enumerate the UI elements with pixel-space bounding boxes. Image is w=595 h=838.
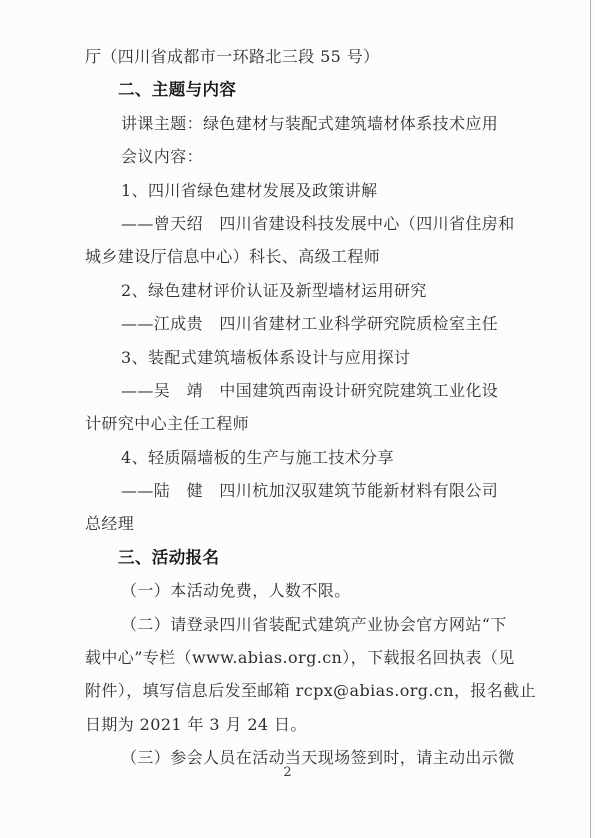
document-line: 1、四川省绿色建材发展及政策讲解 xyxy=(85,174,553,207)
scan-edge-line xyxy=(590,0,591,838)
document-line: （一）本活动免费，人数不限。 xyxy=(85,574,553,607)
document-line: 载中心”专栏（www.abias.org.cn），下载报名回执表（见 xyxy=(85,641,553,674)
section-heading: 三、活动报名 xyxy=(85,541,553,574)
section-heading: 二、主题与内容 xyxy=(85,73,553,106)
document-body: 厅（四川省成都市一环路北三段 55 号）二、主题与内容讲课主题：绿色建材与装配式… xyxy=(85,40,553,775)
page-number: 2 xyxy=(0,765,575,780)
document-line: （二）请登录四川省装配式建筑产业协会官方网站“下 xyxy=(85,608,553,641)
document-line: ——江成贵 四川省建材工业科学研究院质检室主任 xyxy=(85,307,553,340)
document-line: 2、绿色建材评价认证及新型墙材运用研究 xyxy=(85,274,553,307)
document-line: 日期为 2021 年 3 月 24 日。 xyxy=(85,708,553,741)
document-line: ——吴 靖 中国建筑西南设计研究院建筑工业化设 xyxy=(85,374,553,407)
document-line: ——曾天绍 四川省建设科技发展中心（四川省住房和 xyxy=(85,207,553,240)
document-line: 4、轻质隔墙板的生产与施工技术分享 xyxy=(85,441,553,474)
document-line: 厅（四川省成都市一环路北三段 55 号） xyxy=(85,40,553,73)
document-line: 3、装配式建筑墙板体系设计与应用探讨 xyxy=(85,341,553,374)
document-line: 总经理 xyxy=(85,507,553,540)
document-line: 计研究中心主任工程师 xyxy=(85,407,553,440)
document-line: 会议内容： xyxy=(85,140,553,173)
document-line: 讲课主题：绿色建材与装配式建筑墙材体系技术应用 xyxy=(85,107,553,140)
document-line: 城乡建设厅信息中心）科长、高级工程师 xyxy=(85,240,553,273)
document-line: ——陆 健 四川杭加汉驭建筑节能新材料有限公司 xyxy=(85,474,553,507)
document-line: 附件），填写信息后发至邮箱 rcpx@abias.org.cn，报名截止 xyxy=(85,674,553,707)
scanned-document-page: 厅（四川省成都市一环路北三段 55 号）二、主题与内容讲课主题：绿色建材与装配式… xyxy=(0,0,595,838)
